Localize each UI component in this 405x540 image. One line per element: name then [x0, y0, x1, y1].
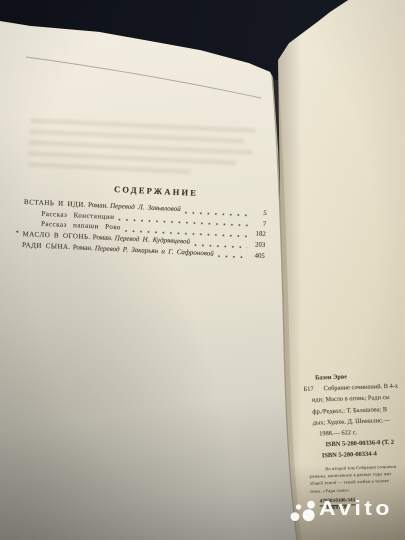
colophon-block: Базен Эрве Б17Собрание сочинений. В 4-х …	[302, 368, 405, 513]
avito-wordmark: Avito	[319, 498, 393, 521]
book-left-page	[0, 0, 300, 540]
avito-watermark: Avito	[288, 496, 405, 540]
toc-entry-genre: Роман.	[73, 242, 94, 254]
footnote-asterisk: *	[15, 229, 19, 240]
dot-leader	[218, 252, 247, 259]
author-mark: Б17	[302, 383, 323, 395]
avito-logo-icon	[288, 496, 322, 526]
colophon-annotation: Во второй том Собрания сочинени романы, …	[305, 460, 405, 494]
toc-entry-page: 405	[249, 251, 265, 262]
book-photo: СОДЕРЖАНИЕ ВСТАНЬ И ИДИ. Роман. Перевод …	[0, 0, 405, 540]
bleed-through-text	[28, 118, 256, 183]
toc-entry-title: РАДИ СЫНА.	[22, 240, 71, 253]
colophon-text: Собрание сочинений. В 4-х	[323, 383, 398, 393]
table-of-contents: СОДЕРЖАНИЕ ВСТАНЬ И ИДИ. Роман. Перевод …	[22, 180, 268, 261]
